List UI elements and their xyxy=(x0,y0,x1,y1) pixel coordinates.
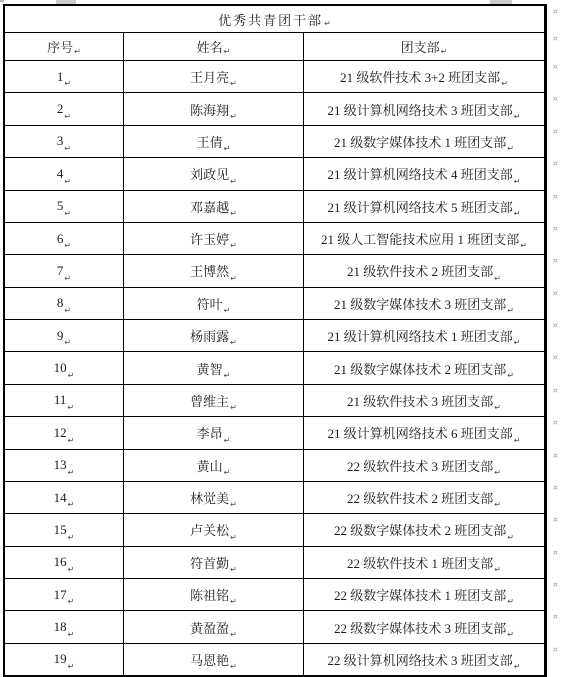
cell-branch: 22 级数字媒体技术 3 班团支部↵ xyxy=(304,611,545,642)
cell-no-text: 17 xyxy=(54,587,67,603)
paragraph-mark-icon: ↵ xyxy=(230,662,237,675)
cell-branch: 21 级计算机网络技术 1 班团支部↵ xyxy=(304,320,545,351)
cell-no-text: 15 xyxy=(54,522,67,538)
cell-branch: 21 级软件技术 2 班团支部↵ xyxy=(304,255,545,286)
cell-no: 4↵ xyxy=(5,158,124,189)
cell-no-text: 3 xyxy=(57,133,64,149)
cell-branch: 22 级计算机网络技术 3 班团支部↵ xyxy=(304,644,545,675)
paragraph-mark-icon: ↵ xyxy=(68,371,75,384)
row-end-mark-icon: ¤ xyxy=(553,290,558,298)
row-end-mark-icon: ¤ xyxy=(553,516,558,524)
cell-no: 6↵ xyxy=(5,223,124,254)
cell-name-text: 王月亮 xyxy=(190,67,229,86)
table-title: 优秀共青团干部 xyxy=(218,10,323,29)
cell-no-text: 10 xyxy=(54,360,67,376)
cell-name-text: 黄智 xyxy=(197,359,223,378)
paragraph-mark-icon: ↵ xyxy=(64,306,71,319)
table-row: 17↵陈祖铭↵22 级数字媒体技术 1 班团支部↵¤ xyxy=(5,579,545,611)
table-row: 6↵许玉婷↵21 级人工智能技术应用 1 班团支部↵¤ xyxy=(5,223,545,255)
paragraph-mark-icon: ↵ xyxy=(507,371,514,384)
paragraph-mark-icon: ↵ xyxy=(68,565,75,578)
paragraph-mark-icon: ↵ xyxy=(494,403,501,416)
table-row: 13↵黄山↵22 级软件技术 3 班团支部↵¤ xyxy=(5,450,545,482)
cell-branch: 22 级软件技术 2 班团支部↵ xyxy=(304,482,545,513)
paragraph-mark-icon: ↵ xyxy=(507,630,514,643)
cell-branch: 21 级计算机网络技术 4 班团支部↵ xyxy=(304,158,545,189)
cell-no: 15↵ xyxy=(5,514,124,545)
paragraph-mark-icon: ↵ xyxy=(64,338,71,351)
cell-name: 马恩艳↵ xyxy=(124,644,304,675)
cell-branch: 22 级软件技术 1 班团支部↵ xyxy=(304,547,545,578)
page-edge-artifact xyxy=(0,0,4,2)
cell-branch-text: 21 级计算机网络技术 3 班团支部 xyxy=(328,100,513,119)
row-end-mark-icon: ¤ xyxy=(553,35,558,43)
paragraph-mark-icon: ↵ xyxy=(230,79,237,92)
cell-no-text: 8 xyxy=(57,295,64,311)
cell-name: 杨雨露↵ xyxy=(124,320,304,351)
cell-no: 18↵ xyxy=(5,611,124,642)
cell-branch-text: 21 级软件技术 3 班团支部 xyxy=(347,391,493,410)
table-row: 12↵李昂↵21 级计算机网络技术 6 班团支部↵¤ xyxy=(5,417,545,449)
paragraph-mark-icon: ↵ xyxy=(230,597,237,610)
row-end-mark-icon: ¤ xyxy=(553,549,558,557)
cell-no-text: 18 xyxy=(54,619,67,635)
paragraph-mark-icon: ↵ xyxy=(230,112,237,125)
cell-name-text: 黄盈盈 xyxy=(190,618,229,637)
table-row: 1↵王月亮↵21 级软件技术 3+2 班团支部↵¤ xyxy=(5,61,545,93)
paragraph-mark-icon: ↵ xyxy=(224,468,231,481)
paragraph-mark-icon: ↵ xyxy=(68,436,75,449)
paragraph-mark-icon: ↵ xyxy=(230,500,237,513)
cell-name: 陈海翔↵ xyxy=(124,93,304,124)
row-end-mark-icon: ¤ xyxy=(553,322,558,330)
cell-branch-text: 22 级软件技术 1 班团支部 xyxy=(347,553,493,572)
paragraph-mark-icon: ↵ xyxy=(230,338,237,351)
cell-name-text: 曾维主 xyxy=(190,391,229,410)
cell-no: 16↵ xyxy=(5,547,124,578)
paragraph-mark-icon: ↵ xyxy=(224,436,231,449)
paragraph-mark-icon: ↵ xyxy=(64,112,71,125)
cell-name: 邓嘉越↵ xyxy=(124,191,304,222)
paragraph-mark-icon: ↵ xyxy=(514,209,521,222)
table-body: 1↵王月亮↵21 级软件技术 3+2 班团支部↵¤2↵陈海翔↵21 级计算机网络… xyxy=(5,61,545,675)
paragraph-mark-icon: ↵ xyxy=(514,662,521,675)
paragraph-mark-icon: ↵ xyxy=(494,565,501,578)
paragraph-mark-icon: ↵ xyxy=(68,597,75,610)
header-cell-no: 序号↵ xyxy=(5,33,124,60)
paragraph-mark-icon: ↵ xyxy=(441,47,448,60)
table-row: 19↵马恩艳↵22 级计算机网络技术 3 班团支部↵¤ xyxy=(5,644,545,675)
table-row: 2↵陈海翔↵21 级计算机网络技术 3 班团支部↵¤ xyxy=(5,93,545,125)
cell-branch-text: 22 级软件技术 3 班团支部 xyxy=(347,456,493,475)
cell-no-text: 14 xyxy=(54,490,67,506)
header-cell-branch: 团支部↵ xyxy=(304,33,545,60)
cell-no: 2↵ xyxy=(5,93,124,124)
cell-name: 黄盈盈↵ xyxy=(124,611,304,642)
row-end-mark-icon: ¤ xyxy=(553,128,558,136)
paragraph-mark-icon: ↵ xyxy=(230,533,237,546)
cell-name: 李昂↵ xyxy=(124,417,304,448)
table-row: 4↵刘政见↵21 级计算机网络技术 4 班团支部↵¤ xyxy=(5,158,545,190)
cell-name-text: 邓嘉越 xyxy=(190,197,229,216)
row-end-mark-icon: ¤ xyxy=(553,646,558,654)
paragraph-mark-icon: ↵ xyxy=(224,144,231,157)
cell-branch: 21 级数字媒体技术 2 班团支部↵ xyxy=(304,352,545,383)
cell-branch: 21 级软件技术 3 班团支部↵ xyxy=(304,385,545,416)
row-end-mark-icon: ¤ xyxy=(553,160,558,168)
cell-name: 符首勤↵ xyxy=(124,547,304,578)
cell-branch: 21 级计算机网络技术 5 班团支部↵ xyxy=(304,191,545,222)
table-row: 9↵杨雨露↵21 级计算机网络技术 1 班团支部↵¤ xyxy=(5,320,545,352)
cell-branch: 21 级人工智能技术应用 1 班团支部↵ xyxy=(304,223,545,254)
cell-name-text: 李昂 xyxy=(197,423,223,442)
cell-name: 符叶↵ xyxy=(124,288,304,319)
row-end-mark-icon: ¤ xyxy=(553,613,558,621)
cell-no: 9↵ xyxy=(5,320,124,351)
cell-branch-text: 22 级计算机网络技术 3 班团支部 xyxy=(328,650,513,669)
cell-name-text: 杨雨露 xyxy=(190,326,229,345)
table-row: 7↵王博然↵21 级软件技术 2 班团支部↵¤ xyxy=(5,255,545,287)
cell-name-text: 符首勤 xyxy=(190,553,229,572)
cell-no-text: 12 xyxy=(54,425,67,441)
cell-no-text: 11 xyxy=(54,392,67,408)
cell-no: 19↵ xyxy=(5,644,124,675)
paragraph-mark-icon: ↵ xyxy=(68,630,75,643)
cell-name: 陈祖铭↵ xyxy=(124,579,304,610)
paragraph-mark-icon: ↵ xyxy=(64,274,71,287)
cell-name: 黄智↵ xyxy=(124,352,304,383)
cell-branch-text: 21 级计算机网络技术 1 班团支部 xyxy=(328,326,513,345)
paragraph-mark-icon: ↵ xyxy=(514,338,521,351)
paragraph-mark-icon: ↵ xyxy=(514,436,521,449)
header-label-no: 序号 xyxy=(47,37,73,56)
paragraph-mark-icon: ↵ xyxy=(230,274,237,287)
row-end-mark-icon: ¤ xyxy=(553,419,558,427)
paragraph-mark-icon: ↵ xyxy=(507,533,514,546)
cell-no-text: 13 xyxy=(54,457,67,473)
cell-branch-text: 21 级数字媒体技术 2 班团支部 xyxy=(334,359,506,378)
cell-name-text: 黄山 xyxy=(197,456,223,475)
cell-branch-text: 21 级计算机网络技术 5 班团支部 xyxy=(328,197,513,216)
paragraph-mark-icon: ↵ xyxy=(501,79,508,92)
paragraph-mark-icon: ↵ xyxy=(64,79,71,92)
cell-name-text: 陈海翔 xyxy=(190,100,229,119)
cell-branch-text: 22 级数字媒体技术 3 班团支部 xyxy=(334,618,506,637)
cell-no-text: 16 xyxy=(54,554,67,570)
paragraph-mark-icon: ↵ xyxy=(68,533,75,546)
cell-no: 14↵ xyxy=(5,482,124,513)
row-end-mark-icon: ¤ xyxy=(553,8,558,16)
header-cell-name: 姓名↵ xyxy=(124,33,304,60)
cell-branch-text: 22 级数字媒体技术 1 班团支部 xyxy=(334,585,506,604)
cell-no: 17↵ xyxy=(5,579,124,610)
cell-name: 林觉美↵ xyxy=(124,482,304,513)
awards-table: 优秀共青团干部↵ ¤ 序号↵ 姓名↵ 团支部↵ ¤ 1↵王月亮↵21 级软件技术… xyxy=(3,4,547,677)
header-label-name: 姓名 xyxy=(197,37,223,56)
cell-no: 12↵ xyxy=(5,417,124,448)
paragraph-mark-icon: ↵ xyxy=(224,47,231,60)
cell-branch-text: 21 级软件技术 3+2 班团支部 xyxy=(340,67,500,86)
table-row: 18↵黄盈盈↵22 级数字媒体技术 3 班团支部↵¤ xyxy=(5,611,545,643)
paragraph-mark-icon: ↵ xyxy=(230,241,237,254)
cell-no-text: 1 xyxy=(57,69,64,85)
cell-name-text: 王博然 xyxy=(190,261,229,280)
cell-branch: 22 级数字媒体技术 2 班团支部↵ xyxy=(304,514,545,545)
table-row: 14↵林觉美↵22 级软件技术 2 班团支部↵¤ xyxy=(5,482,545,514)
cell-branch: 21 级数字媒体技术 1 班团支部↵ xyxy=(304,126,545,157)
cell-no-text: 9 xyxy=(57,328,64,344)
row-end-mark-icon: ¤ xyxy=(553,95,558,103)
cell-name-text: 许玉婷 xyxy=(190,229,229,248)
header-label-branch: 团支部 xyxy=(401,37,440,56)
paragraph-mark-icon: ↵ xyxy=(494,274,501,287)
document-page: 优秀共青团干部↵ ¤ 序号↵ 姓名↵ 团支部↵ ¤ 1↵王月亮↵21 级软件技术… xyxy=(0,0,571,677)
row-end-mark-icon: ¤ xyxy=(553,63,558,71)
paragraph-mark-icon: ↵ xyxy=(64,177,71,190)
cell-name: 许玉婷↵ xyxy=(124,223,304,254)
table-title-row: 优秀共青团干部↵ ¤ xyxy=(5,6,545,33)
cell-name-text: 卢关松 xyxy=(190,520,229,539)
cell-name: 王博然↵ xyxy=(124,255,304,286)
cell-branch-text: 22 级数字媒体技术 2 班团支部 xyxy=(334,520,506,539)
cell-name: 卢关松↵ xyxy=(124,514,304,545)
row-end-mark-icon: ¤ xyxy=(553,452,558,460)
paragraph-mark-icon: ↵ xyxy=(230,565,237,578)
row-end-mark-icon: ¤ xyxy=(553,193,558,201)
row-end-mark-icon: ¤ xyxy=(553,387,558,395)
paragraph-mark-icon: ↵ xyxy=(324,19,331,32)
cell-no: 8↵ xyxy=(5,288,124,319)
paragraph-mark-icon: ↵ xyxy=(224,371,231,384)
cell-branch-text: 21 级计算机网络技术 4 班团支部 xyxy=(328,164,513,183)
cell-name: 刘政见↵ xyxy=(124,158,304,189)
cell-branch: 21 级软件技术 3+2 班团支部↵ xyxy=(304,61,545,92)
cell-no: 1↵ xyxy=(5,61,124,92)
cell-no-text: 4 xyxy=(57,166,64,182)
table-row: 11↵曾维主↵21 级软件技术 3 班团支部↵¤ xyxy=(5,385,545,417)
paragraph-mark-icon: ↵ xyxy=(64,144,71,157)
paragraph-mark-icon: ↵ xyxy=(230,209,237,222)
cell-branch-text: 21 级计算机网络技术 6 班团支部 xyxy=(328,423,513,442)
cell-no-text: 7 xyxy=(57,263,64,279)
cell-no-text: 6 xyxy=(57,231,64,247)
paragraph-mark-icon: ↵ xyxy=(514,177,521,190)
cell-no-text: 19 xyxy=(54,651,67,667)
cell-branch-text: 22 级软件技术 2 班团支部 xyxy=(347,488,493,507)
paragraph-mark-icon: ↵ xyxy=(507,144,514,157)
table-row: 5↵邓嘉越↵21 级计算机网络技术 5 班团支部↵¤ xyxy=(5,191,545,223)
cell-branch: 21 级计算机网络技术 3 班团支部↵ xyxy=(304,93,545,124)
cell-name-text: 符叶 xyxy=(197,294,223,313)
paragraph-mark-icon: ↵ xyxy=(494,468,501,481)
cell-name-text: 刘政见 xyxy=(190,164,229,183)
cell-no: 13↵ xyxy=(5,450,124,481)
paragraph-mark-icon: ↵ xyxy=(507,597,514,610)
cell-no-text: 2 xyxy=(57,101,64,117)
paragraph-mark-icon: ↵ xyxy=(68,662,75,675)
cell-branch: 22 级软件技术 3 班团支部↵ xyxy=(304,450,545,481)
cell-branch-text: 21 级软件技术 2 班团支部 xyxy=(347,261,493,280)
cell-no: 11↵ xyxy=(5,385,124,416)
row-end-mark-icon: ¤ xyxy=(553,581,558,589)
row-end-mark-icon: ¤ xyxy=(553,257,558,265)
paragraph-mark-icon: ↵ xyxy=(64,241,71,254)
paragraph-mark-icon: ↵ xyxy=(68,500,75,513)
cell-branch-text: 21 级数字媒体技术 1 班团支部 xyxy=(334,132,506,151)
cell-branch: 21 级计算机网络技术 6 班团支部↵ xyxy=(304,417,545,448)
paragraph-mark-icon: ↵ xyxy=(520,241,527,254)
paragraph-mark-icon: ↵ xyxy=(68,468,75,481)
paragraph-mark-icon: ↵ xyxy=(224,306,231,319)
cell-no-text: 5 xyxy=(57,198,64,214)
row-end-mark-icon: ¤ xyxy=(553,354,558,362)
row-end-mark-icon: ¤ xyxy=(553,225,558,233)
cell-no: 10↵ xyxy=(5,352,124,383)
table-row: 3↵王倩↵21 级数字媒体技术 1 班团支部↵¤ xyxy=(5,126,545,158)
paragraph-mark-icon: ↵ xyxy=(230,630,237,643)
cell-no: 3↵ xyxy=(5,126,124,157)
paragraph-mark-icon: ↵ xyxy=(74,47,81,60)
cell-no: 7↵ xyxy=(5,255,124,286)
cell-name-text: 陈祖铭 xyxy=(190,585,229,604)
table-row: 16↵符首勤↵22 级软件技术 1 班团支部↵¤ xyxy=(5,547,545,579)
cell-name-text: 王倩 xyxy=(197,132,223,151)
paragraph-mark-icon: ↵ xyxy=(507,306,514,319)
row-end-mark-icon: ¤ xyxy=(553,484,558,492)
table-header-row: 序号↵ 姓名↵ 团支部↵ ¤ xyxy=(5,33,545,61)
cell-name: 王月亮↵ xyxy=(124,61,304,92)
cell-name: 曾维主↵ xyxy=(124,385,304,416)
table-row: 10↵黄智↵21 级数字媒体技术 2 班团支部↵¤ xyxy=(5,352,545,384)
paragraph-mark-icon: ↵ xyxy=(230,177,237,190)
cell-branch: 21 级数字媒体技术 3 班团支部↵ xyxy=(304,288,545,319)
cell-branch-text: 21 级数字媒体技术 3 班团支部 xyxy=(334,294,506,313)
cell-branch-text: 21 级人工智能技术应用 1 班团支部 xyxy=(321,229,519,248)
cell-name-text: 林觉美 xyxy=(190,488,229,507)
paragraph-mark-icon: ↵ xyxy=(64,209,71,222)
paragraph-mark-icon: ↵ xyxy=(230,403,237,416)
cell-name: 黄山↵ xyxy=(124,450,304,481)
cell-branch: 22 级数字媒体技术 1 班团支部↵ xyxy=(304,579,545,610)
paragraph-mark-icon: ↵ xyxy=(494,500,501,513)
table-title-cell: 优秀共青团干部↵ xyxy=(5,6,545,32)
table-row: 8↵符叶↵21 级数字媒体技术 3 班团支部↵¤ xyxy=(5,288,545,320)
table-row: 15↵卢关松↵22 级数字媒体技术 2 班团支部↵¤ xyxy=(5,514,545,546)
cell-name-text: 马恩艳 xyxy=(190,650,229,669)
paragraph-mark-icon: ↵ xyxy=(514,112,521,125)
cell-name: 王倩↵ xyxy=(124,126,304,157)
paragraph-mark-icon: ↵ xyxy=(67,403,74,416)
cell-no: 5↵ xyxy=(5,191,124,222)
